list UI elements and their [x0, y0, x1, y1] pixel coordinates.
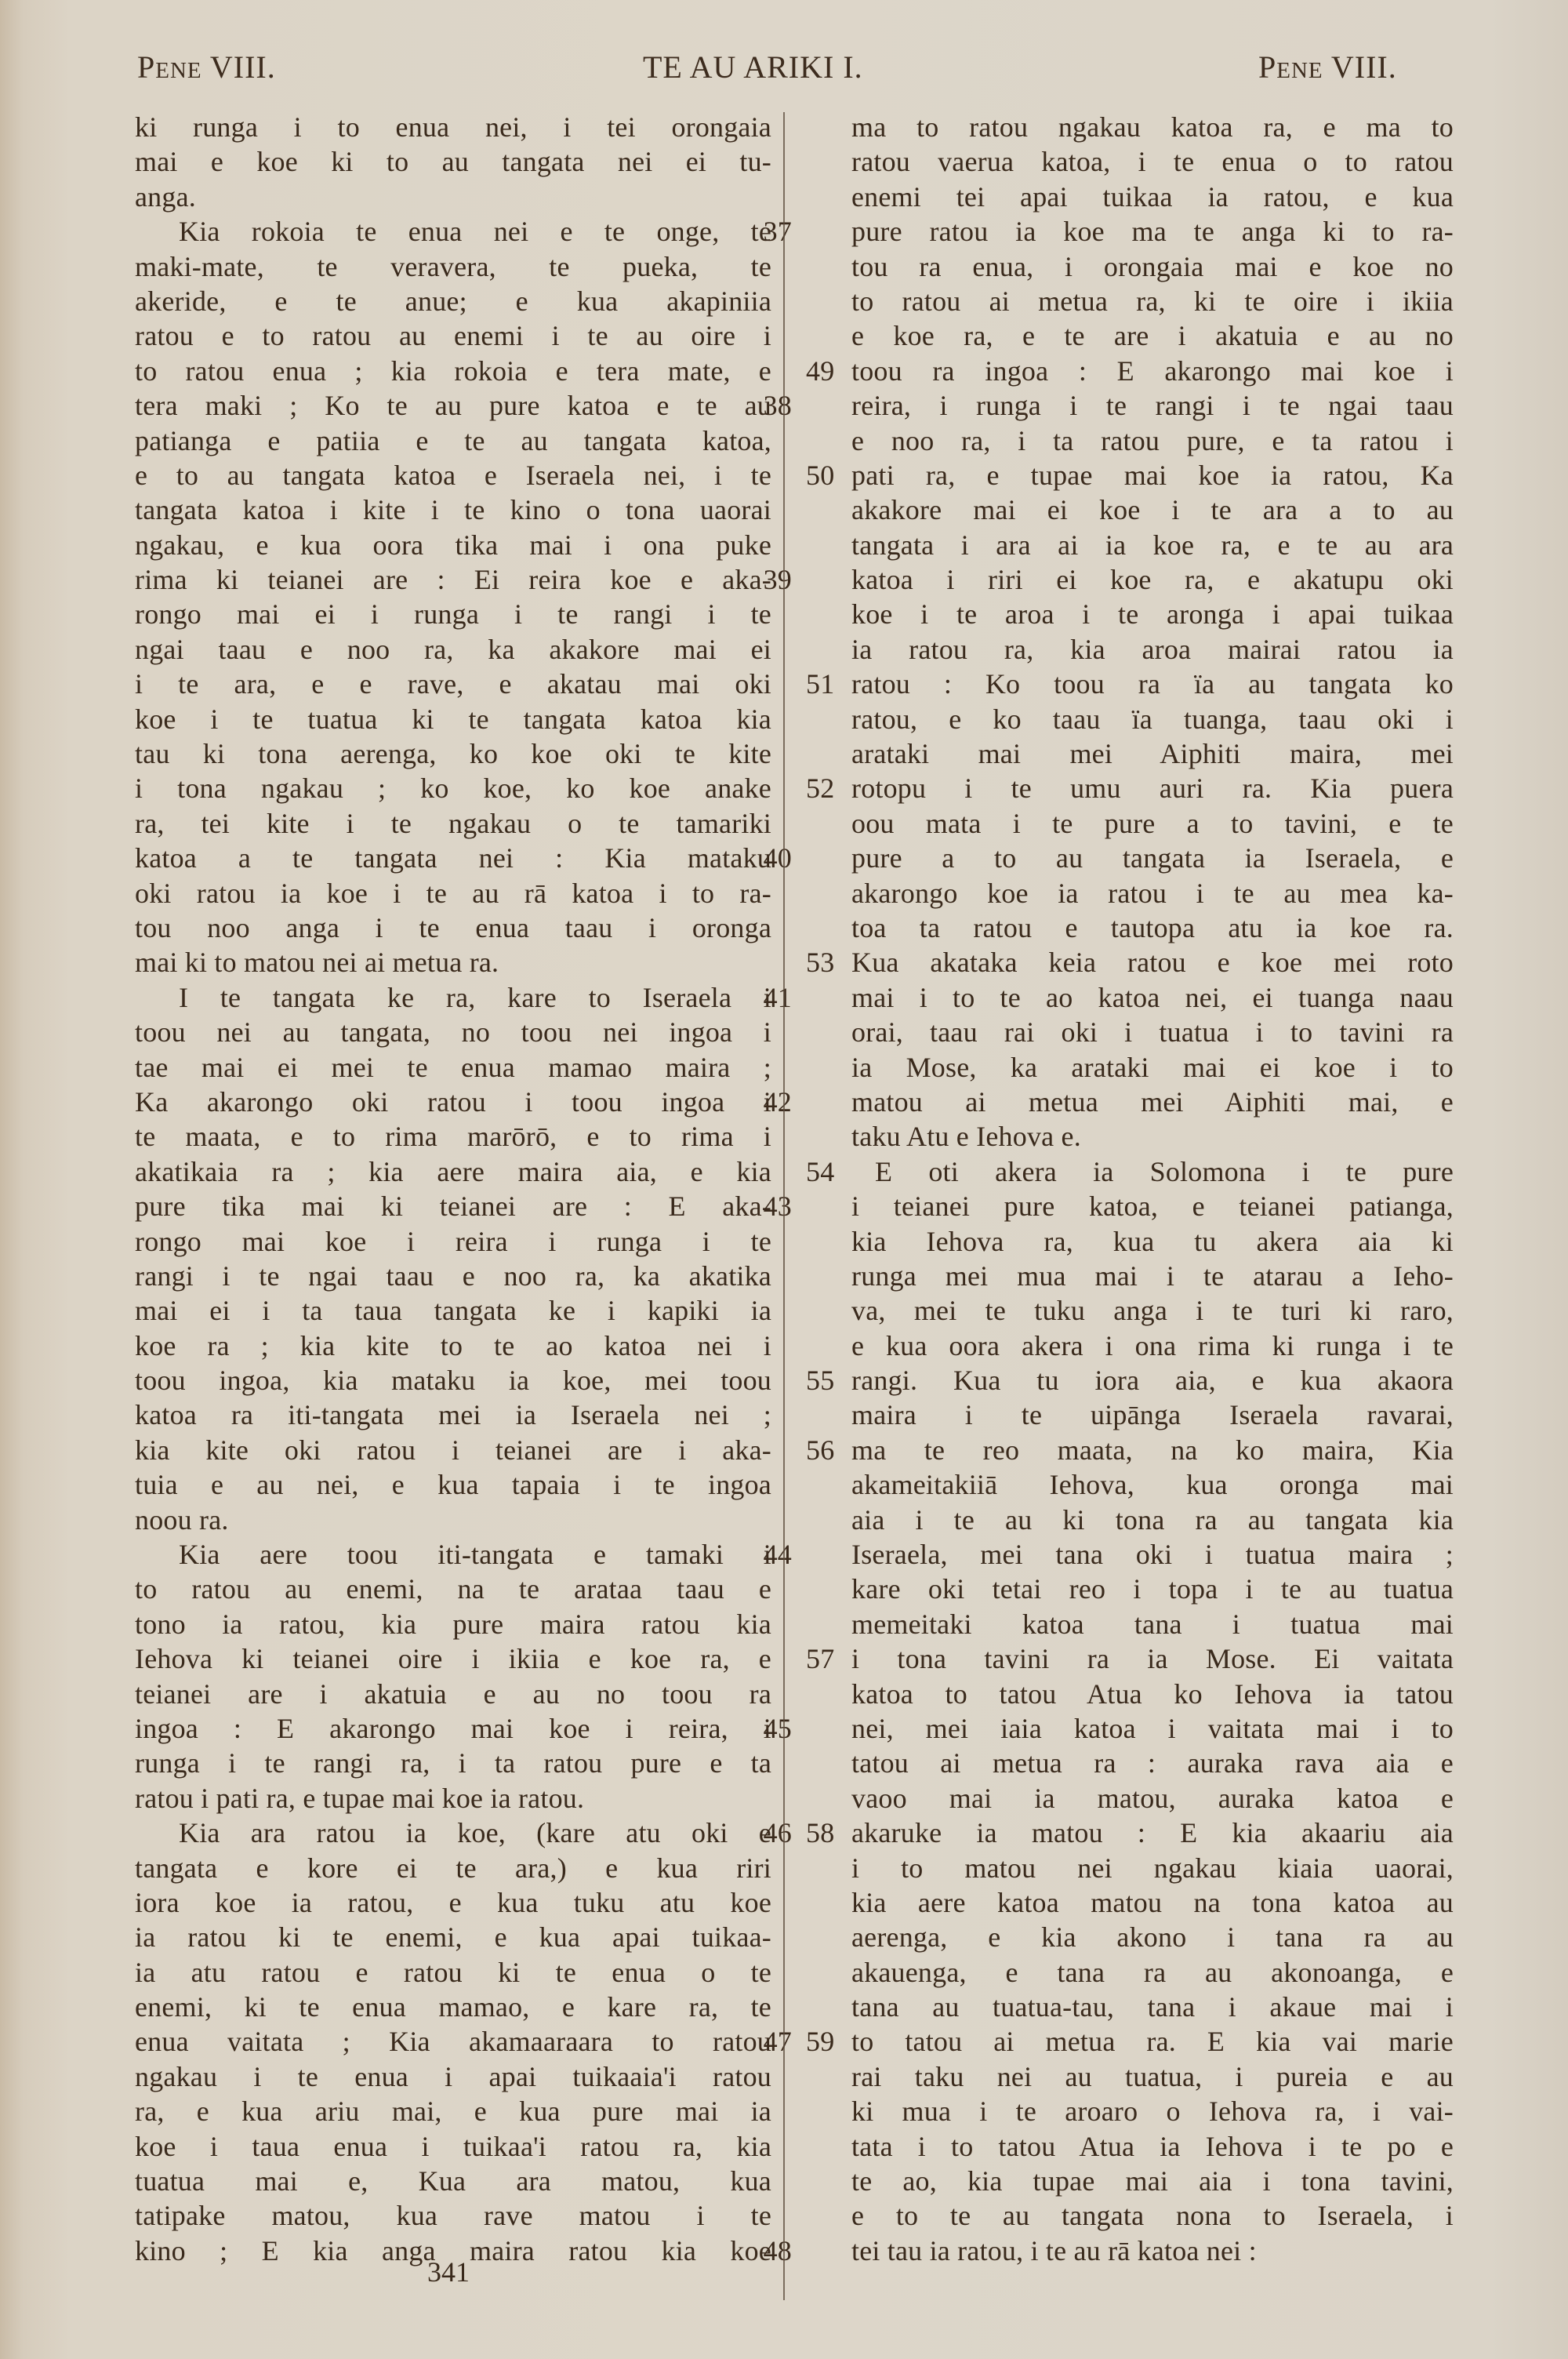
text-line: ra, tei kite i te ngakau o te tamariki: [135, 806, 778, 841]
line-text: maira i te uipānga Iseraela ravarai,: [851, 1398, 1454, 1432]
text-line: koe i te tuatua ki te tangata katoa kia: [135, 702, 778, 736]
text-line: rai taku nei au tuatua, i pureia e au: [800, 2059, 1450, 2094]
line-text: ratou, e ko taau ïa tuanga, taau oki i: [851, 702, 1454, 736]
line-text: oki ratou ia koe i te au rā katoa i to r…: [135, 876, 771, 911]
text-line: maki-mate, te veravera, te pueka, te: [135, 249, 778, 284]
line-text: noou ra.: [135, 1503, 771, 1537]
text-line: orai, taau rai oki i tuatua i to tavini …: [800, 1015, 1450, 1049]
line-text: ra, tei kite i te ngakau o te tamariki: [135, 806, 771, 841]
text-line: tatipake matou, kua rave matou i te: [135, 2198, 778, 2233]
line-text: tei tau ia ratou, i te au rā katoa nei :: [851, 2234, 1454, 2268]
text-line: Iseraela, mei tana oki i tuatua maira ;: [800, 1537, 1450, 1572]
text-line: i tona tavini ra ia Mose. Ei vaitata57: [800, 1641, 1450, 1676]
line-text: vaoo mai ia matou, auraka katoa e: [851, 1781, 1454, 1816]
verse-number: 46: [764, 1816, 792, 1850]
text-line: pure tika mai ki teianei are : E aka-43: [135, 1189, 778, 1223]
text-line: ma te reo maata, na ko maira, Kia56: [800, 1433, 1450, 1467]
text-line: tatou ai metua ra : auraka rava aia e: [800, 1746, 1450, 1780]
text-line: rotopu i te umu auri ra. Kia puera52: [800, 771, 1450, 805]
line-text: patianga e patiia e te au tangata katoa,: [135, 423, 771, 458]
text-line: E oti akera ia Solomona i te pure54: [800, 1154, 1450, 1189]
running-head-title: TE AU ARIKI I.: [643, 49, 863, 85]
text-line: tata i to tatou Atua ia Iehova i te po e: [800, 2129, 1450, 2164]
text-line: i teianei pure katoa, e teianei patianga…: [800, 1189, 1450, 1223]
line-text: rongo mai ei i runga i te rangi i te: [135, 597, 771, 631]
text-line: to ratou au enemi, na te arataa taau e: [135, 1572, 778, 1606]
text-line: ma to ratou ngakau katoa ra, e ma to: [800, 110, 1450, 144]
line-text: iora koe ia ratou, e kua tuku atu koe: [135, 1885, 771, 1920]
verse-number: 52: [806, 771, 834, 805]
text-line: toou ra ingoa : E akarongo mai koe i49: [800, 354, 1450, 388]
text-line: katoa a te tangata nei : Kia mataku40: [135, 841, 778, 875]
line-text: mai e koe ki to au tangata nei ei tu-: [135, 144, 771, 179]
text-line: ia ratou ra, kia aroa mairai ratou ia: [800, 632, 1450, 667]
text-line: tangata katoa i kite i te kino o tona ua…: [135, 493, 778, 527]
text-line: akaruke ia matou : E kia akaariu aia58: [800, 1816, 1450, 1850]
verse-number: 49: [806, 354, 834, 388]
line-text: toou ingoa, kia mataku ia koe, mei toou: [135, 1363, 771, 1398]
text-line: ki runga i to enua nei, i tei orongaia: [135, 110, 778, 144]
text-line: ia ratou ki te enemi, e kua apai tuikaa-: [135, 1920, 778, 1954]
line-text: pure a to au tangata ia Iseraela, e: [851, 841, 1454, 875]
text-line: Kia aere toou iti-tangata e tamaki i44: [135, 1537, 778, 1572]
line-text: katoa i riri ei koe ra, e akatupu oki: [851, 562, 1454, 597]
line-text: ratou : Ko toou ra ïa au tangata ko: [851, 667, 1454, 701]
verse-number: 48: [764, 2234, 792, 2268]
text-line: e noo ra, i ta ratou pure, e ta ratou i: [800, 423, 1450, 458]
verse-number: 53: [806, 945, 834, 980]
verse-number: 57: [806, 1641, 834, 1676]
verse-number: 55: [806, 1363, 834, 1398]
text-line: patianga e patiia e te au tangata katoa,: [135, 423, 778, 458]
text-line: ingoa : E akarongo mai koe i reira, i45: [135, 1711, 778, 1746]
text-line: katoa ra iti-tangata mei ia Iseraela nei…: [135, 1398, 778, 1432]
line-text: aia i te au ki tona ra au tangata kia: [851, 1503, 1454, 1537]
text-line: reira, i runga i te rangi i te ngai taau: [800, 388, 1450, 423]
verse-number: 44: [764, 1537, 792, 1572]
line-text: koe i te aroa i te aronga i apai tuikaa: [851, 597, 1454, 631]
verse-number: 56: [806, 1433, 834, 1467]
text-line: koe i te aroa i te aronga i apai tuikaa: [800, 597, 1450, 631]
line-text: Ka akarongo oki ratou i toou ingoa i: [135, 1085, 771, 1119]
line-text: koe ra ; kia kite to te ao katoa nei i: [135, 1329, 771, 1363]
line-text: tou noo anga i te enua taau i oronga: [135, 911, 771, 945]
line-text: oou mata i te pure a to tavini, e te: [851, 806, 1454, 841]
verse-number: 41: [764, 980, 792, 1015]
line-text: to ratou enua ; kia rokoia e tera mate, …: [135, 354, 771, 388]
text-line: runga mei mua mai i te atarau a Ieho-: [800, 1259, 1450, 1293]
text-line: nei, mei iaia katoa i vaitata mai i to: [800, 1711, 1450, 1746]
line-text: Kia ara ratou ia koe, (kare atu oki e: [135, 1816, 771, 1850]
line-text: akakore mai ei koe i te ara a to au: [851, 493, 1454, 527]
line-text: to ratou au enemi, na te arataa taau e: [135, 1572, 771, 1606]
text-line: te ao, kia tupae mai aia i tona tavini,: [800, 2164, 1450, 2198]
text-line: oki ratou ia koe i te au rā katoa i to r…: [135, 876, 778, 911]
line-text: akatikaia ra ; kia aere maira aia, e kia: [135, 1154, 771, 1189]
verse-number: 37: [764, 214, 792, 249]
text-line: i tona ngakau ; ko koe, ko koe anake: [135, 771, 778, 805]
text-line: akakore mai ei koe i te ara a to au: [800, 493, 1450, 527]
verse-number: 51: [806, 667, 834, 701]
line-text: akeride, e te anue; e kua akapiniia: [135, 284, 771, 318]
line-text: i tona ngakau ; ko koe, ko koe anake: [135, 771, 771, 805]
text-line: ia Mose, ka arataki mai ei koe i to: [800, 1050, 1450, 1085]
text-line: e to te au tangata nona to Iseraela, i: [800, 2198, 1450, 2233]
verse-number: 40: [764, 841, 792, 875]
line-text: memeitaki katoa tana i tuatua mai: [851, 1607, 1454, 1641]
text-line: noou ra.: [135, 1503, 778, 1537]
line-text: rangi i te ngai taau e noo ra, ka akatik…: [135, 1259, 771, 1293]
text-line: toou ingoa, kia mataku ia koe, mei toou: [135, 1363, 778, 1398]
line-text: enemi, ki te enua mamao, e kare ra, te: [135, 1990, 771, 2024]
line-text: tangata i ara ai ia koe ra, e te au ara: [851, 528, 1454, 562]
line-text: tangata e kore ei te ara,) e kua riri: [135, 1851, 771, 1885]
page-number: 341: [427, 2255, 470, 2288]
text-line: ngakau i te enua i apai tuikaaia'i ratou: [135, 2059, 778, 2094]
running-head-left: PENE VIII.: [137, 49, 276, 85]
text-line: tono ia ratou, kia pure maira ratou kia: [135, 1607, 778, 1641]
text-line: taku Atu e Iehova e.: [800, 1119, 1450, 1154]
text-line: tangata i ara ai ia koe ra, e te au ara: [800, 528, 1450, 562]
line-text: pure ratou ia koe ma te anga ki to ra-: [851, 214, 1454, 249]
line-text: orai, taau rai oki i tuatua i to tavini …: [851, 1015, 1454, 1049]
line-text: ingoa : E akarongo mai koe i reira, i: [135, 1711, 771, 1746]
text-line: rongo mai koe i reira i runga i te: [135, 1224, 778, 1259]
text-line: Kua akataka keia ratou e koe mei roto53: [800, 945, 1450, 980]
line-text: aerenga, e kia akono i tana ra au: [851, 1920, 1454, 1954]
text-line: va, mei te tuku anga i te turi ki raro,: [800, 1293, 1450, 1328]
line-text: runga i te rangi ra, i ta ratou pure e t…: [135, 1746, 771, 1780]
text-line: oou mata i te pure a to tavini, e te: [800, 806, 1450, 841]
line-text: ma to ratou ngakau katoa ra, e ma to: [851, 110, 1454, 144]
line-text: reira, i runga i te rangi i te ngai taau: [851, 388, 1454, 423]
text-line: akeride, e te anue; e kua akapiniia: [135, 284, 778, 318]
text-line: aerenga, e kia akono i tana ra au: [800, 1920, 1450, 1954]
text-line: teianei are i akatuia e au no toou ra: [135, 1677, 778, 1711]
text-line: toa ta ratou e tautopa atu ia koe ra.: [800, 911, 1450, 945]
line-text: enemi tei apai tuikaa ia ratou, e kua: [851, 180, 1454, 214]
text-line: te maata, e to rima marōrō, e to rima i: [135, 1119, 778, 1154]
line-text: kare oki tetai reo i topa i te au tuatua: [851, 1572, 1454, 1606]
line-text: matou ai metua mei Aiphiti mai, e: [851, 1085, 1454, 1119]
small-caps-text: ENE: [1276, 58, 1323, 83]
text-line: tera maki ; Ko te au pure katoa e te au3…: [135, 388, 778, 423]
line-text: katoa to tatou Atua ko Iehova ia tatou: [851, 1677, 1454, 1711]
line-text: arataki mai mei Aiphiti maira, mei: [851, 736, 1454, 771]
line-text: toa ta ratou e tautopa atu ia koe ra.: [851, 911, 1454, 945]
line-text: tono ia ratou, kia pure maira ratou kia: [135, 1607, 771, 1641]
text-line: akameitakiiā Iehova, kua oronga mai: [800, 1467, 1450, 1502]
line-text: koe i te tuatua ki te tangata katoa kia: [135, 702, 771, 736]
text-line: tuatua mai e, Kua ara matou, kua: [135, 2164, 778, 2198]
line-text: tatou ai metua ra : auraka rava aia e: [851, 1746, 1454, 1780]
text-line: iora koe ia ratou, e kua tuku atu koe: [135, 1885, 778, 1920]
line-text: mai i to te ao katoa nei, ei tuanga naau: [851, 980, 1454, 1015]
text-line: koe i taua enua i tuikaa'i ratou ra, kia: [135, 2129, 778, 2164]
verse-number: 38: [764, 388, 792, 423]
text-line: e to au tangata katoa e Iseraela nei, i …: [135, 458, 778, 493]
text-line: to tatou ai metua ra. E kia vai marie59: [800, 2024, 1450, 2059]
line-text: tou ra enua, i orongaia mai e koe no: [851, 249, 1454, 284]
line-text: teianei are i akatuia e au no toou ra: [135, 1677, 771, 1711]
line-text: mai ei i ta taua tangata ke i kapiki ia: [135, 1293, 771, 1328]
line-text: Kia rokoia te enua nei e te onge, te: [135, 214, 771, 249]
text-line: ra, e kua ariu mai, e kua pure mai ia: [135, 2094, 778, 2128]
text-line: mai ei i ta taua tangata ke i kapiki ia: [135, 1293, 778, 1328]
verse-number: 45: [764, 1711, 792, 1746]
line-text: ratou e to ratou au enemi i te au oire i: [135, 318, 771, 353]
text-line: koe ra ; kia kite to te ao katoa nei i: [135, 1329, 778, 1363]
line-text: rotopu i te umu auri ra. Kia puera: [851, 771, 1454, 805]
line-text: i tona tavini ra ia Mose. Ei vaitata: [851, 1641, 1454, 1676]
text-line: tau ki tona aerenga, ko koe oki te kite: [135, 736, 778, 771]
verse-number: 43: [764, 1189, 792, 1223]
line-text: e noo ra, i ta ratou pure, e ta ratou i: [851, 423, 1454, 458]
line-text: e kua oora akera i ona rima ki runga i t…: [851, 1329, 1454, 1363]
text-line: akatikaia ra ; kia aere maira aia, e kia: [135, 1154, 778, 1189]
text-line: enemi tei apai tuikaa ia ratou, e kua: [800, 180, 1450, 214]
line-text: akaruke ia matou : E kia akaariu aia: [851, 1816, 1454, 1850]
text-line: rongo mai ei i runga i te rangi i te: [135, 597, 778, 631]
line-text: I te tangata ke ra, kare to Iseraela i: [135, 980, 771, 1015]
text-line: ratou, e ko taau ïa tuanga, taau oki i: [800, 702, 1450, 736]
line-text: ia Mose, ka arataki mai ei koe i to: [851, 1050, 1454, 1085]
running-head-right: PENE VIII.: [1258, 49, 1397, 85]
line-text: rima ki teianei are : Ei reira koe e aka…: [135, 562, 771, 597]
line-text: ratou vaerua katoa, i te enua o to ratou: [851, 144, 1454, 179]
line-text: ki runga i to enua nei, i tei orongaia: [135, 110, 771, 144]
text-line: tae mai ei mei te enua mamao maira ;: [135, 1050, 778, 1085]
text-line: pure a to au tangata ia Iseraela, e: [800, 841, 1450, 875]
text-line: pure ratou ia koe ma te anga ki to ra-: [800, 214, 1450, 249]
text-line: akarongo koe ia ratou i te au mea ka-: [800, 876, 1450, 911]
text-line: arataki mai mei Aiphiti maira, mei: [800, 736, 1450, 771]
text-line: akauenga, e tana ra au akonoanga, e: [800, 1955, 1450, 1990]
text-line: to ratou enua ; kia rokoia e tera mate, …: [135, 354, 778, 388]
line-text: kia aere katoa matou na tona katoa au: [851, 1885, 1454, 1920]
line-text: akarongo koe ia ratou i te au mea ka-: [851, 876, 1454, 911]
text-line: e koe ra, e te are i akatuia e au no: [800, 318, 1450, 353]
text-line: ratou : Ko toou ra ïa au tangata ko51: [800, 667, 1450, 701]
line-text: tuatua mai e, Kua ara matou, kua: [135, 2164, 771, 2198]
line-text: Iseraela, mei tana oki i tuatua maira ;: [851, 1537, 1454, 1572]
line-text: Kia aere toou iti-tangata e tamaki i: [135, 1537, 771, 1572]
text-line: rima ki teianei are : Ei reira koe e aka…: [135, 562, 778, 597]
text-line: tuia e au nei, e kua tapaia i te ingoa: [135, 1467, 778, 1502]
verse-number: 50: [806, 458, 834, 493]
line-text: pure tika mai ki teianei are : E aka-: [135, 1189, 771, 1223]
text-line: matou ai metua mei Aiphiti mai, e: [800, 1085, 1450, 1119]
text-line: e kua oora akera i ona rima ki runga i t…: [800, 1329, 1450, 1363]
text-line: kia kite oki ratou i teianei are i aka-: [135, 1433, 778, 1467]
text-line: ia atu ratou e ratou ki te enua o te: [135, 1955, 778, 1990]
verse-number: 59: [806, 2024, 834, 2059]
line-text: koe i taua enua i tuikaa'i ratou ra, kia: [135, 2129, 771, 2164]
text-line: kia Iehova ra, kua tu akera aia ki: [800, 1224, 1450, 1259]
line-text: ki mua i te aroaro o Iehova ra, i vai-: [851, 2094, 1454, 2128]
line-text: maki-mate, te veravera, te pueka, te: [135, 249, 771, 284]
text-line: mai ki to matou nei ai metua ra.: [135, 945, 778, 980]
line-text: tera maki ; Ko te au pure katoa e te au: [135, 388, 771, 423]
line-text: kia kite oki ratou i teianei are i aka-: [135, 1433, 771, 1467]
text-line: Iehova ki teianei oire i ikiia e koe ra,…: [135, 1641, 778, 1676]
verse-number: 39: [764, 562, 792, 597]
line-text: pati ra, e tupae mai koe ia ratou, Ka: [851, 458, 1454, 493]
line-text: ia ratou ki te enemi, e kua apai tuikaa-: [135, 1920, 771, 1954]
text-line: memeitaki katoa tana i tuatua mai: [800, 1607, 1450, 1641]
text-line: to ratou ai metua ra, ki te oire i ikiia: [800, 284, 1450, 318]
text-line: ngai taau e noo ra, ka akakore mai ei: [135, 632, 778, 667]
line-text: kia Iehova ra, kua tu akera aia ki: [851, 1224, 1454, 1259]
line-text: e to te au tangata nona to Iseraela, i: [851, 2198, 1454, 2233]
line-text: akauenga, e tana ra au akonoanga, e: [851, 1955, 1454, 1990]
text-line: ratou i pati ra, e tupae mai koe ia rato…: [135, 1781, 778, 1816]
line-text: rai taku nei au tuatua, i pureia e au: [851, 2059, 1454, 2094]
line-text: ia atu ratou e ratou ki te enua o te: [135, 1955, 771, 1990]
text-line: pati ra, e tupae mai koe ia ratou, Ka50: [800, 458, 1450, 493]
small-caps-text: ENE: [155, 58, 201, 83]
text-line: Kia ara ratou ia koe, (kare atu oki e46: [135, 1816, 778, 1850]
line-text: va, mei te tuku anga i te turi ki raro,: [851, 1293, 1454, 1328]
line-text: ma te reo maata, na ko maira, Kia: [851, 1433, 1454, 1467]
line-text: taku Atu e Iehova e.: [851, 1119, 1454, 1154]
line-text: ngakau i te enua i apai tuikaaia'i ratou: [135, 2059, 771, 2094]
text-line: I te tangata ke ra, kare to Iseraela i41: [135, 980, 778, 1015]
text-line: toou nei au tangata, no toou nei ingoa i: [135, 1015, 778, 1049]
text-line: ratou vaerua katoa, i te enua o to ratou: [800, 144, 1450, 179]
line-text: katoa a te tangata nei : Kia mataku: [135, 841, 771, 875]
line-text: toou ra ingoa : E akarongo mai koe i: [851, 354, 1454, 388]
line-text: e to au tangata katoa e Iseraela nei, i …: [135, 458, 771, 493]
text-line: tangata e kore ei te ara,) e kua riri: [135, 1851, 778, 1885]
text-line: tei tau ia ratou, i te au rā katoa nei :: [800, 2234, 1450, 2268]
line-text: akameitakiiā Iehova, kua oronga mai: [851, 1467, 1454, 1502]
line-text: tatipake matou, kua rave matou i te: [135, 2198, 771, 2233]
text-line: enemi, ki te enua mamao, e kare ra, te: [135, 1990, 778, 2024]
verse-number: 42: [764, 1085, 792, 1119]
line-text: tuia e au nei, e kua tapaia i te ingoa: [135, 1467, 771, 1502]
line-text: mai ki to matou nei ai metua ra.: [135, 945, 771, 980]
line-text: to tatou ai metua ra. E kia vai marie: [851, 2024, 1454, 2059]
text-line: ratou e to ratou au enemi i te au oire i: [135, 318, 778, 353]
text-line: Ka akarongo oki ratou i toou ingoa i42: [135, 1085, 778, 1119]
text-line: tana au tuatua-tau, tana i akaue mai i: [800, 1990, 1450, 2024]
text-line: mai i to te ao katoa nei, ei tuanga naau: [800, 980, 1450, 1015]
line-text: e koe ra, e te are i akatuia e au no: [851, 318, 1454, 353]
verse-number: 58: [806, 1816, 834, 1850]
line-text: tae mai ei mei te enua mamao maira ;: [135, 1050, 771, 1085]
line-text: tata i to tatou Atua ia Iehova i te po e: [851, 2129, 1454, 2164]
text-line: katoa to tatou Atua ko Iehova ia tatou: [800, 1677, 1450, 1711]
text-line: i te ara, e e rave, e akatau mai oki: [135, 667, 778, 701]
line-text: i teianei pure katoa, e teianei patianga…: [851, 1189, 1454, 1223]
text-line: kare oki tetai reo i topa i te au tuatua: [800, 1572, 1450, 1606]
text-line: aia i te au ki tona ra au tangata kia: [800, 1503, 1450, 1537]
text-line: mai e koe ki to au tangata nei ei tu-: [135, 144, 778, 179]
text-line: kia aere katoa matou na tona katoa au: [800, 1885, 1450, 1920]
line-text: ratou i pati ra, e tupae mai koe ia rato…: [135, 1781, 771, 1816]
text-column-right: ma to ratou ngakau katoa ra, e ma torato…: [800, 110, 1450, 2268]
text-line: anga.: [135, 180, 778, 214]
line-text: ngai taau e noo ra, ka akakore mai ei: [135, 632, 771, 667]
verse-number: 54: [806, 1154, 834, 1189]
line-text: rongo mai koe i reira i runga i te: [135, 1224, 771, 1259]
text-line: katoa i riri ei koe ra, e akatupu oki: [800, 562, 1450, 597]
text-line: enua vaitata ; Kia akamaaraara to ratou4…: [135, 2024, 778, 2059]
text-line: rangi i te ngai taau e noo ra, ka akatik…: [135, 1259, 778, 1293]
line-text: Kua akataka keia ratou e koe mei roto: [851, 945, 1454, 980]
text-line: rangi. Kua tu iora aia, e kua akaora55: [800, 1363, 1450, 1398]
line-text: i te ara, e e rave, e akatau mai oki: [135, 667, 771, 701]
line-text: i to matou nei ngakau kiaia uaorai,: [851, 1851, 1454, 1885]
line-text: te maata, e to rima marōrō, e to rima i: [135, 1119, 771, 1154]
line-text: to ratou ai metua ra, ki te oire i ikiia: [851, 284, 1454, 318]
column-divider-rule: [783, 112, 785, 2300]
text-column-left: ki runga i to enua nei, i tei orongaiama…: [135, 110, 778, 2268]
text-line: tou ra enua, i orongaia mai e koe no: [800, 249, 1450, 284]
text-line: i to matou nei ngakau kiaia uaorai,: [800, 1851, 1450, 1885]
line-text: te ao, kia tupae mai aia i tona tavini,: [851, 2164, 1454, 2198]
line-text: enua vaitata ; Kia akamaaraara to ratou: [135, 2024, 771, 2059]
line-text: E oti akera ia Solomona i te pure: [851, 1154, 1454, 1189]
line-text: ngakau, e kua oora tika mai i ona puke: [135, 528, 771, 562]
text-line: maira i te uipānga Iseraela ravarai,: [800, 1398, 1450, 1432]
line-text: tau ki tona aerenga, ko koe oki te kite: [135, 736, 771, 771]
line-text: katoa ra iti-tangata mei ia Iseraela nei…: [135, 1398, 771, 1432]
text-line: Kia rokoia te enua nei e te onge, te37: [135, 214, 778, 249]
line-text: anga.: [135, 180, 771, 214]
text-line: vaoo mai ia matou, auraka katoa e: [800, 1781, 1450, 1816]
text-line: ki mua i te aroaro o Iehova ra, i vai-: [800, 2094, 1450, 2128]
line-text: rangi. Kua tu iora aia, e kua akaora: [851, 1363, 1454, 1398]
text-line: tou noo anga i te enua taau i oronga: [135, 911, 778, 945]
line-text: Iehova ki teianei oire i ikiia e koe ra,…: [135, 1641, 771, 1676]
line-text: runga mei mua mai i te atarau a Ieho-: [851, 1259, 1454, 1293]
line-text: ia ratou ra, kia aroa mairai ratou ia: [851, 632, 1454, 667]
line-text: nei, mei iaia katoa i vaitata mai i to: [851, 1711, 1454, 1746]
text-line: ngakau, e kua oora tika mai i ona puke: [135, 528, 778, 562]
line-text: tangata katoa i kite i te kino o tona ua…: [135, 493, 771, 527]
verse-number: 47: [764, 2024, 792, 2059]
line-text: toou nei au tangata, no toou nei ingoa i: [135, 1015, 771, 1049]
line-text: tana au tuatua-tau, tana i akaue mai i: [851, 1990, 1454, 2024]
text-line: runga i te rangi ra, i ta ratou pure e t…: [135, 1746, 778, 1780]
line-text: ra, e kua ariu mai, e kua pure mai ia: [135, 2094, 771, 2128]
